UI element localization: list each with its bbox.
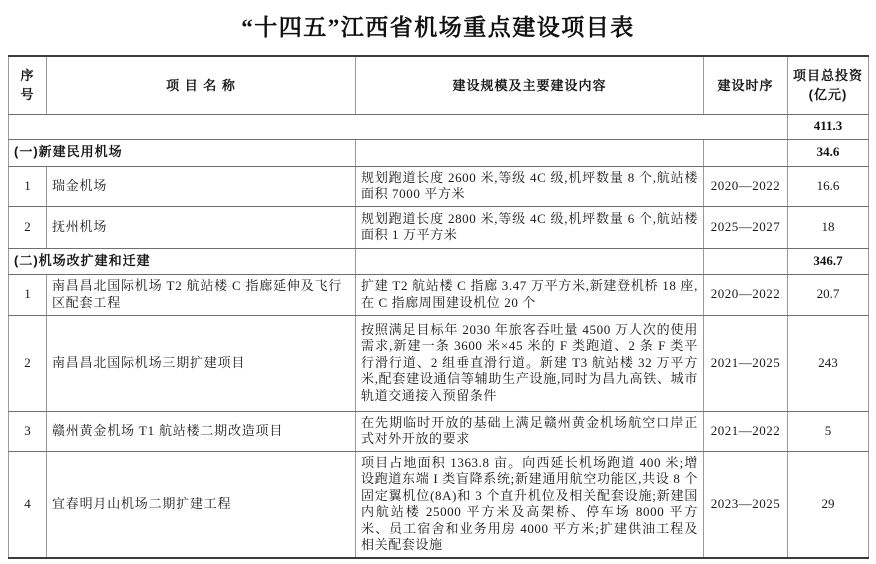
cell-no: 1 [9, 274, 47, 315]
cell-investment: 243 [788, 315, 869, 411]
col-header-investment: 项目总投资 (亿元) [788, 56, 869, 114]
section-label: (二)机场改扩建和迁建 [9, 248, 356, 274]
cell-content: 扩建 T2 航站楼 C 指廊 3.47 万平方米,新建登机桥 18 座,在 C … [356, 274, 704, 315]
col-header-project-name: 项 目 名 称 [47, 56, 356, 114]
section-empty-content-cell [356, 248, 704, 274]
cell-no: 1 [9, 166, 47, 206]
section-empty-content-cell [356, 139, 704, 166]
cell-schedule: 2020—2022 [704, 166, 788, 206]
cell-investment: 5 [788, 411, 869, 451]
col-header-investment-line2: (亿元) [809, 87, 848, 102]
table-row: 1 瑞金机场 规划跑道长度 2600 米,等级 4C 级,机坪数量 8 个,航站… [9, 166, 869, 206]
cell-content: 在先期临时开放的基础上满足赣州黄金机场航空口岸正式对外开放的要求 [356, 411, 704, 451]
cell-no: 2 [9, 315, 47, 411]
grand-total-row: 411.3 [9, 114, 869, 139]
table-row: 1 南昌昌北国际机场 T2 航站楼 C 指廊延伸及飞行区配套工程 扩建 T2 航… [9, 274, 869, 315]
table-header-row: 序号 项 目 名 称 建设规模及主要建设内容 建设时序 项目总投资 (亿元) [9, 56, 869, 114]
section-row-expansion: (二)机场改扩建和迁建 346.7 [9, 248, 869, 274]
grand-total-empty-cell [9, 114, 788, 139]
cell-schedule: 2023—2025 [704, 451, 788, 558]
table-row: 2 抚州机场 规划跑道长度 2800 米,等级 4C 级,机坪数量 6 个,航站… [9, 206, 869, 248]
table-row: 2 南昌昌北国际机场三期扩建项目 按照满足目标年 2030 年旅客吞吐量 450… [9, 315, 869, 411]
cell-content: 项目占地面积 1363.8 亩。向西延长机场跑道 400 米;增设跑道东端 I … [356, 451, 704, 558]
section-empty-schedule-cell [704, 248, 788, 274]
section-row-new-airports: (一)新建民用机场 34.6 [9, 139, 869, 166]
cell-no: 3 [9, 411, 47, 451]
cell-content: 规划跑道长度 2600 米,等级 4C 级,机坪数量 8 个,航站楼面积 700… [356, 166, 704, 206]
col-header-schedule: 建设时序 [704, 56, 788, 114]
table-row: 3 赣州黄金机场 T1 航站楼二期改造项目 在先期临时开放的基础上满足赣州黄金机… [9, 411, 869, 451]
cell-project-name: 宜春明月山机场二期扩建工程 [47, 451, 356, 558]
cell-content: 规划跑道长度 2800 米,等级 4C 级,机坪数量 6 个,航站楼面积 1 万… [356, 206, 704, 248]
col-header-no: 序号 [9, 56, 47, 114]
cell-project-name: 南昌昌北国际机场三期扩建项目 [47, 315, 356, 411]
cell-no: 4 [9, 451, 47, 558]
table-row: 4 宜春明月山机场二期扩建工程 项目占地面积 1363.8 亩。向西延长机场跑道… [9, 451, 869, 558]
col-header-content: 建设规模及主要建设内容 [356, 56, 704, 114]
section-investment: 34.6 [788, 139, 869, 166]
cell-schedule: 2025—2027 [704, 206, 788, 248]
grand-total-investment: 411.3 [788, 114, 869, 139]
projects-table: 序号 项 目 名 称 建设规模及主要建设内容 建设时序 项目总投资 (亿元) 4… [8, 55, 869, 559]
cell-project-name: 抚州机场 [47, 206, 356, 248]
section-investment: 346.7 [788, 248, 869, 274]
cell-project-name: 赣州黄金机场 T1 航站楼二期改造项目 [47, 411, 356, 451]
cell-schedule: 2021—2025 [704, 315, 788, 411]
cell-investment: 18 [788, 206, 869, 248]
cell-project-name: 瑞金机场 [47, 166, 356, 206]
cell-project-name: 南昌昌北国际机场 T2 航站楼 C 指廊延伸及飞行区配套工程 [47, 274, 356, 315]
section-label: (一)新建民用机场 [9, 139, 356, 166]
cell-investment: 16.6 [788, 166, 869, 206]
col-header-investment-line1: 项目总投资 [793, 68, 863, 83]
cell-schedule: 2020—2022 [704, 274, 788, 315]
section-empty-schedule-cell [704, 139, 788, 166]
cell-content: 按照满足目标年 2030 年旅客吞吐量 4500 万人次的使用需求,新建一条 3… [356, 315, 704, 411]
page-title: “十四五”江西省机场重点建设项目表 [0, 0, 876, 42]
cell-no: 2 [9, 206, 47, 248]
cell-investment: 20.7 [788, 274, 869, 315]
document-page: “十四五”江西省机场重点建设项目表 序号 项 目 名 称 建设规模及主要建设内容… [0, 0, 876, 564]
cell-schedule: 2021—2022 [704, 411, 788, 451]
cell-investment: 29 [788, 451, 869, 558]
